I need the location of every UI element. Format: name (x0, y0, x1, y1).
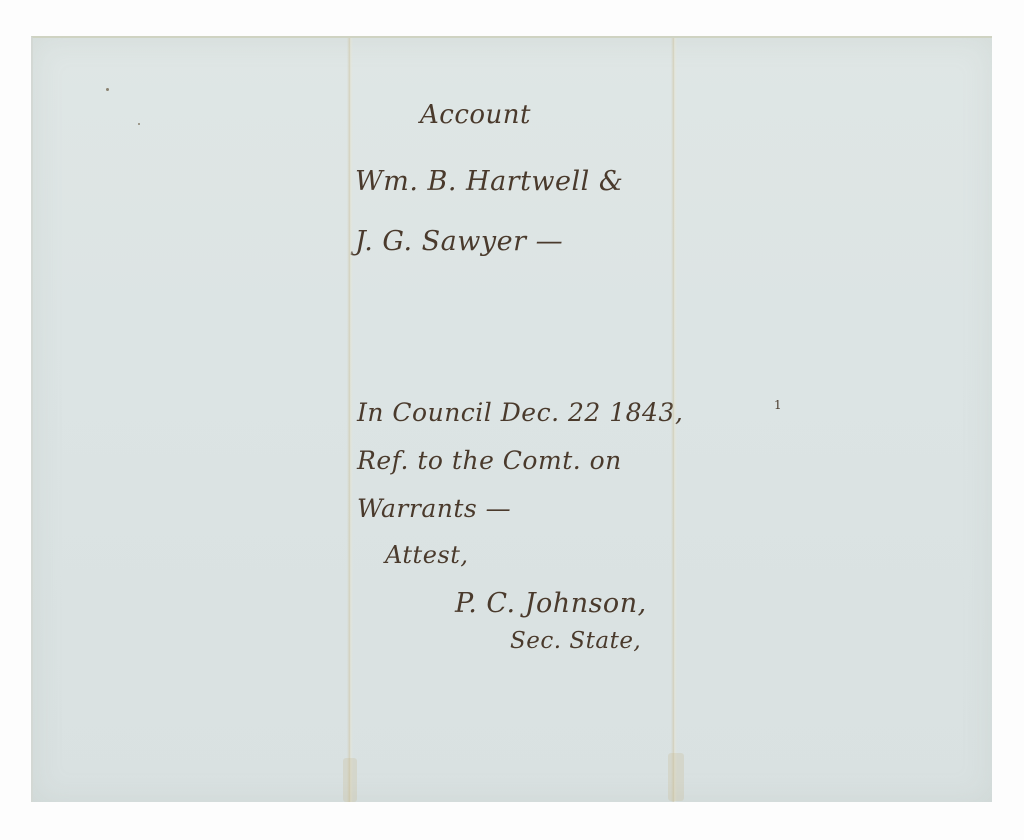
margin-mark: 1 (774, 398, 782, 412)
fold-line-left (347, 38, 353, 802)
signature-title: Sec. State, (510, 628, 641, 654)
attest-label: Attest, (385, 541, 469, 569)
document-heading: Account (420, 100, 531, 130)
manuscript-sheet: Account Wm. B. Hartwell & J. G. Sawyer —… (31, 36, 992, 802)
left-panel (33, 38, 350, 802)
party-name-1: Wm. B. Hartwell & (355, 166, 623, 197)
scanned-page: Account Wm. B. Hartwell & J. G. Sawyer —… (0, 0, 1024, 840)
right-panel: 1 (674, 38, 992, 802)
paper-stain (343, 758, 357, 802)
fold-line-right (671, 38, 677, 802)
party-name-2: J. G. Sawyer — (355, 226, 563, 257)
endorsement-line-1: In Council Dec. 22 1843, (357, 398, 683, 427)
center-panel: Account Wm. B. Hartwell & J. G. Sawyer —… (350, 38, 674, 802)
paper-speck (106, 88, 109, 91)
paper-speck (138, 123, 140, 125)
endorsement-line-3: Warrants — (357, 494, 511, 523)
endorsement-line-2: Ref. to the Comt. on (357, 446, 622, 475)
signature: P. C. Johnson, (455, 588, 647, 619)
paper-stain (668, 753, 684, 801)
